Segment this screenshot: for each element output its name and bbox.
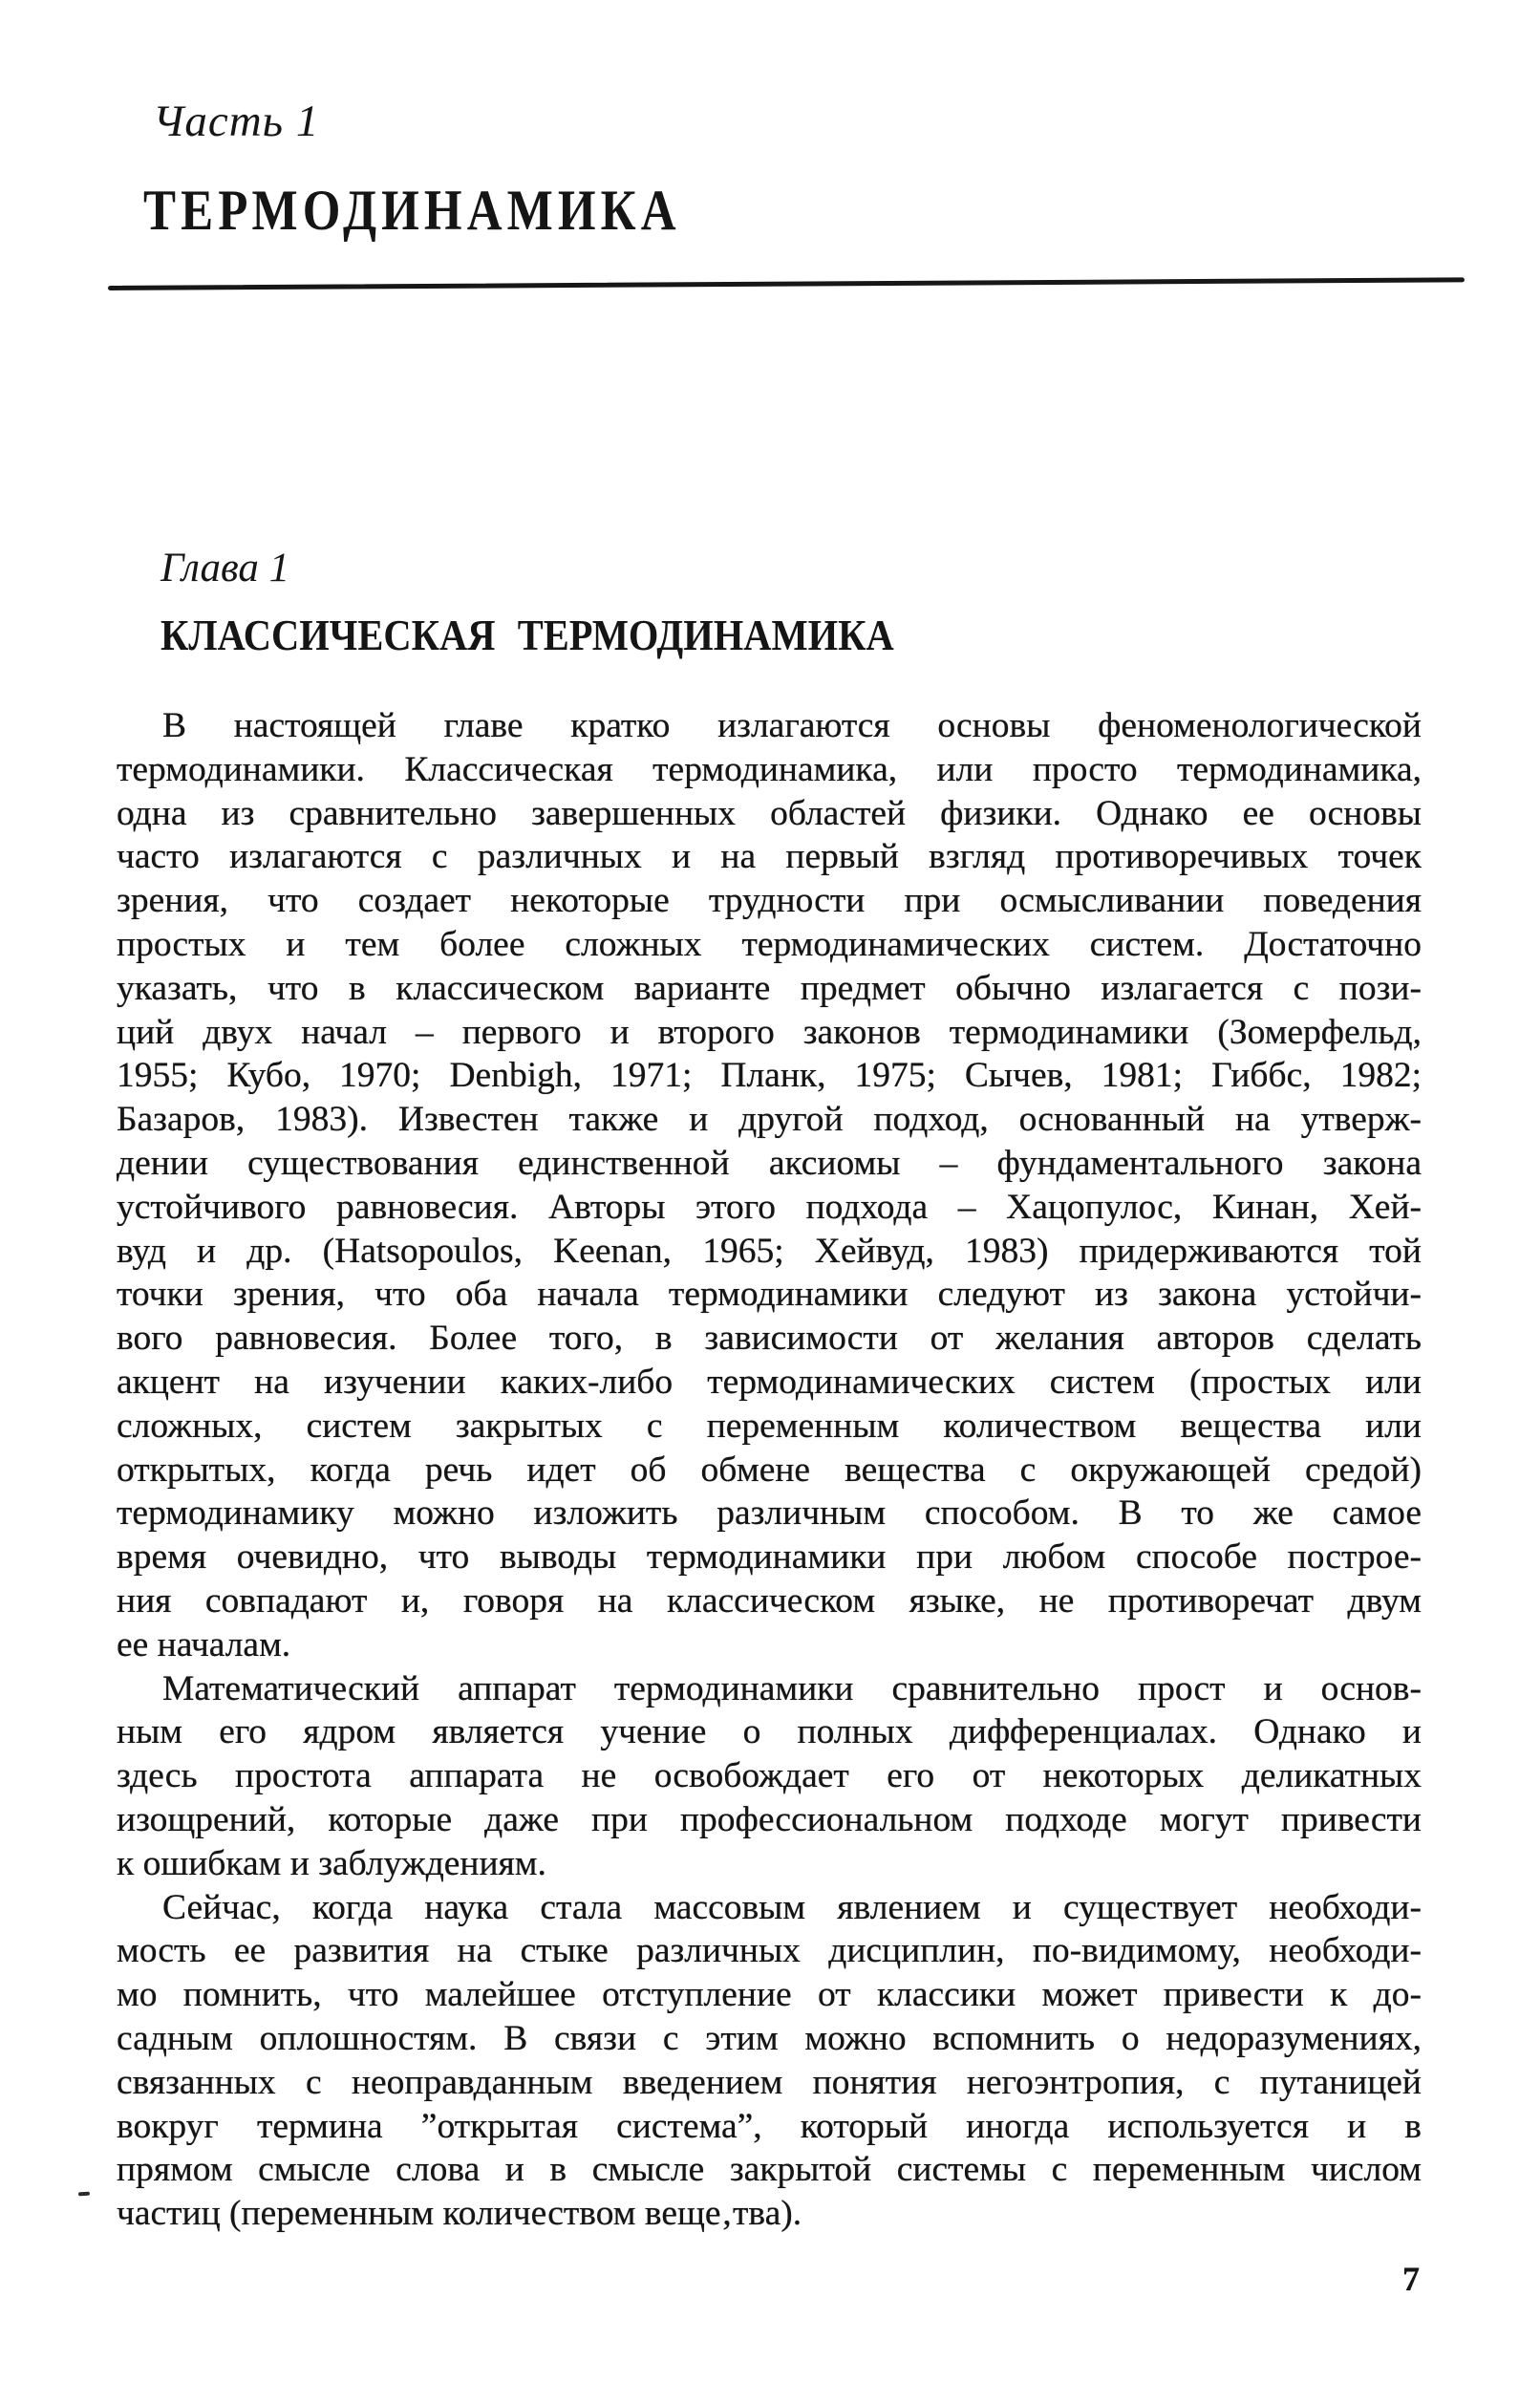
- text-line: В настоящей главе кратко излагаются осно…: [117, 704, 1422, 748]
- text-line: вокруг термина ”открытая система”, котор…: [117, 2105, 1422, 2149]
- text-line: ным его ядром является учение о полных д…: [117, 1710, 1422, 1754]
- part-label: Часть 1: [153, 96, 319, 147]
- text-line: мость ее развития на стыке различных дис…: [117, 1929, 1422, 1973]
- text-line: открытых, когда речь идет об обмене веще…: [117, 1449, 1422, 1492]
- margin-stray-mark: [78, 2192, 90, 2197]
- paragraph: В настоящей главе кратко излагаются осно…: [117, 704, 1422, 1667]
- text-line: термодинамику можно изложить различным с…: [117, 1492, 1422, 1535]
- text-line: указать, что в классическом варианте пре…: [117, 967, 1422, 1011]
- paragraph: Математический аппарат термодинамики сра…: [117, 1667, 1422, 1886]
- text-line: термодинамики. Классическая термодинамик…: [117, 748, 1422, 792]
- text-line: простых и тем более сложных термодинамич…: [117, 923, 1422, 967]
- text-line: акцент на изучении каких-либо термодинам…: [117, 1361, 1422, 1405]
- text-line: устойчивого равновесия. Авторы этого под…: [117, 1186, 1422, 1230]
- text-line: Сейчас, когда наука стала массовым явлен…: [117, 1886, 1422, 1930]
- text-line: вого равновесия. Более того, в зависимос…: [117, 1317, 1422, 1361]
- text-line: одна из сравнительно завершенных областе…: [117, 792, 1422, 836]
- text-line: связанных с неоправданным введением поня…: [117, 2061, 1422, 2105]
- text-line: вуд и др. (Hatsopoulos, Keenan, 1965; Хе…: [117, 1230, 1422, 1274]
- text-line: садным оплошностям. В связи с этим можно…: [117, 2017, 1422, 2061]
- text-line: Математический аппарат термодинамики сра…: [117, 1667, 1422, 1711]
- text-line: изощрений, которые даже при профессионал…: [117, 1798, 1422, 1842]
- text-line: Базаров, 1983). Известен также и другой …: [117, 1098, 1422, 1142]
- body-text: В настоящей главе кратко излагаются осно…: [117, 704, 1422, 2236]
- text-line: к ошибкам и заблуждениям.: [117, 1842, 1422, 1886]
- page-number: 7: [1402, 2259, 1420, 2299]
- chapter-title: КЛАССИЧЕСКАЯ ТЕРМОДИНАМИКА: [160, 610, 894, 660]
- horizontal-rule: [108, 277, 1465, 290]
- text-line: часто излагаются с различных и на первый…: [117, 835, 1422, 879]
- text-line: здесь простота аппарата не освобождает е…: [117, 1754, 1422, 1798]
- book-page: Часть 1 ТЕРМОДИНАМИКА Глава 1 КЛАССИЧЕСК…: [0, 0, 1540, 2405]
- text-line: ее началам.: [117, 1623, 1422, 1667]
- text-line: частиц (переменным количеством веще‚тва)…: [117, 2192, 1422, 2236]
- text-line: ций двух начал – первого и второго закон…: [117, 1011, 1422, 1055]
- paragraph: Сейчас, когда наука стала массовым явлен…: [117, 1886, 1422, 2236]
- text-line: мо помнить, что малейшее отступление от …: [117, 1973, 1422, 2017]
- text-line: сложных, систем закрытых с переменным ко…: [117, 1405, 1422, 1449]
- text-line: точки зрения, что оба начала термодинами…: [117, 1273, 1422, 1317]
- text-line: время очевидно, что выводы термодинамики…: [117, 1535, 1422, 1579]
- text-line: 1955; Кубо, 1970; Denbigh, 1971; Планк, …: [117, 1054, 1422, 1098]
- text-line: прямом смысле слова и в смысле закрытой …: [117, 2148, 1422, 2192]
- text-line: дении существования единственной аксиомы…: [117, 1142, 1422, 1186]
- chapter-label: Глава 1: [160, 545, 289, 591]
- part-title: ТЕРМОДИНАМИКА: [143, 178, 681, 244]
- text-line: ния совпадают и, говоря на классическом …: [117, 1579, 1422, 1623]
- text-line: зрения, что создает некоторые трудности …: [117, 879, 1422, 923]
